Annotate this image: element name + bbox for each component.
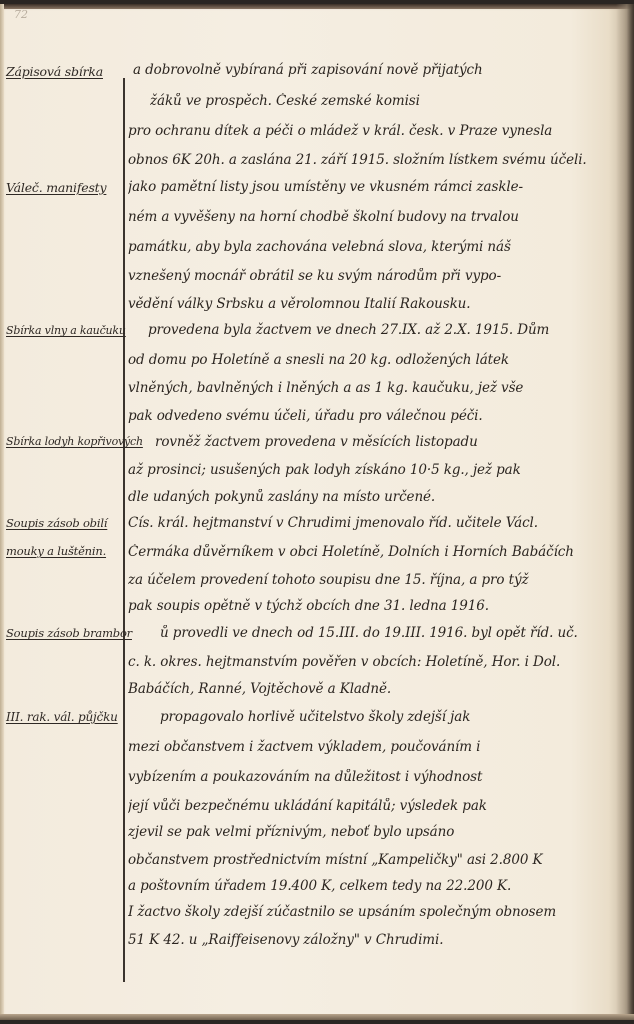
text-line: zjevil se pak velmi příznivým, neboť byl… (128, 824, 626, 840)
text-line: až prosinci; usušených pak lodyh získáno… (128, 462, 626, 478)
text-line: vznešený mocnář obrátil se ku svým národ… (128, 268, 626, 284)
text-line: občanstvem prostřednictvím místní „Kampe… (128, 852, 626, 868)
text-line: a dobrovolně vybíraná při zapisování nov… (133, 62, 631, 78)
text-line: obnos 6K 20h. a zaslána 21. září 1915. s… (128, 152, 626, 168)
text-line: za účelem provedení tohoto soupisu dne 1… (128, 572, 626, 588)
text-line: pro ochranu dítek a péči o mládež v král… (128, 123, 626, 139)
text-line: rovněž žactvem provedena v měsících list… (155, 434, 634, 450)
text-line: provedena byla žactvem ve dnech 27.IX. a… (148, 322, 634, 338)
text-line: od domu po Holetíně a snesli na 20 kg. o… (128, 352, 626, 368)
text-line: 51 K 42. u „Raiffeisenovy záložny" v Chr… (128, 932, 626, 948)
text-line: dle udaných pokynů zaslány na místo urče… (128, 489, 626, 505)
text-line: I žactvo školy zdejší zúčastnilo se upsá… (128, 904, 626, 920)
margin-label: Váleč. manifesty (6, 180, 106, 195)
text-line: ném a vyvěšeny na horní chodbě školní bu… (128, 209, 626, 225)
margin-label: Soupis zásob obilí (6, 516, 107, 530)
text-line: jako pamětní listy jsou umístěny ve vkus… (128, 179, 626, 195)
text-line: vědění války Srbsku a věrolomnou Italií … (128, 296, 626, 312)
text-line: ů provedli ve dnech od 15.III. do 19.III… (160, 625, 634, 641)
margin-rule (123, 78, 125, 982)
chronicle-page: 72 Zápisová sbírka a dobrovolně vybíraná… (0, 4, 634, 1020)
margin-label: Soupis zásob brambor (6, 626, 132, 640)
text-line: Babáčích, Ranné, Vojtěchově a Kladně. (128, 681, 626, 697)
text-line: Čermáka důvěrníkem v obci Holetíně, Doln… (128, 544, 626, 560)
margin-label: Zápisová sbírka (6, 64, 103, 79)
text-line: pak odvedeno svému účeli, úřadu pro vále… (128, 408, 626, 424)
text-line: mezi občanstvem i žactvem výkladem, pouč… (128, 739, 626, 755)
margin-label: Sbírka lodyh kopřivových (6, 435, 143, 448)
text-line: c. k. okres. hejtmanstvím pověřen v obcí… (128, 654, 626, 670)
text-line: žáků ve prospěch. České zemské komisi (150, 93, 634, 109)
text-line: vlněných, bavlněných i lněných a as 1 kg… (128, 380, 626, 396)
text-line: vybízením a poukazováním na důležitost i… (128, 769, 626, 785)
page-left-edge (0, 4, 4, 1020)
text-line: a poštovním úřadem 19.400 K, celkem tedy… (128, 878, 626, 894)
margin-label: III. rak. vál. půjčku (6, 710, 118, 724)
text-line: její vůči bezpečnému ukládání kapitálů; … (128, 798, 626, 814)
text-line: pak soupis opětně v týchž obcích dne 31.… (128, 598, 626, 614)
page-bottom-edge (0, 1014, 634, 1020)
margin-label: Sbírka vlny a kaučuku (6, 324, 126, 337)
text-line: památku, aby byla zachována velebná slov… (128, 239, 626, 255)
page-top-edge (0, 4, 634, 9)
page-number: 72 (14, 8, 28, 21)
text-line: propagovalo horlivě učitelstvo školy zde… (160, 709, 634, 725)
margin-label: mouky a luštěnin. (6, 544, 106, 558)
text-line: Cís. král. hejtmanství v Chrudimi jmenov… (128, 515, 626, 531)
